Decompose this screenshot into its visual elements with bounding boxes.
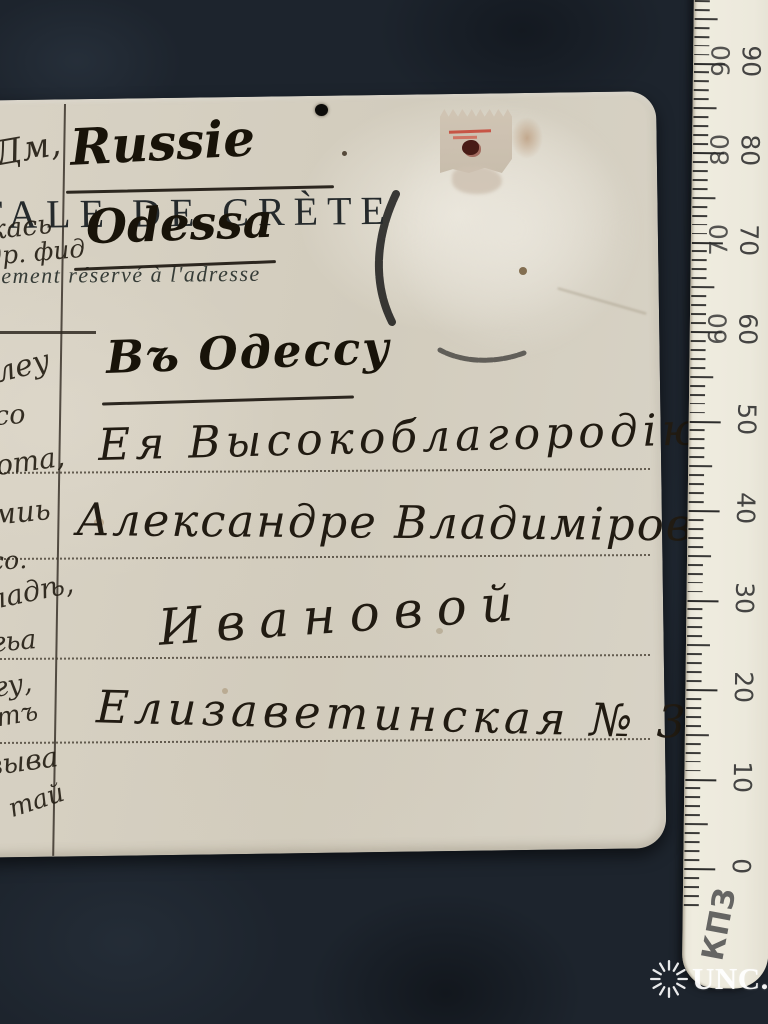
- ruler-tick: [690, 376, 713, 378]
- ruler-tick: [693, 116, 708, 118]
- ruler-tick: [687, 617, 702, 619]
- ruler-tick: [692, 197, 715, 199]
- ruler-tick: [687, 653, 702, 655]
- handwriting-fragment: гьа: [0, 626, 38, 657]
- handwriting-fragment: ладѣ,: [0, 569, 76, 614]
- ruler-number: 70: [736, 224, 761, 256]
- ruler-tick: [688, 537, 703, 539]
- ruler-tick: [689, 492, 704, 494]
- ruler-tick: [689, 483, 704, 485]
- ruler-tick: [693, 125, 708, 127]
- ruler-number: 80: [737, 134, 762, 166]
- ruler-number: 90: [738, 45, 763, 77]
- stamp-ink-blob: [462, 140, 479, 155]
- ruler-tick: [685, 814, 700, 816]
- ruler-tick: [685, 841, 700, 843]
- ruler-tick: [684, 904, 699, 906]
- ruler-number-mirrored: 90: [708, 44, 733, 76]
- ruler-tick: [689, 465, 712, 467]
- ruler-tick: [688, 555, 711, 557]
- ruler-number: 0: [729, 850, 754, 882]
- ruler-tick: [685, 796, 700, 798]
- ruler-tick: [690, 412, 705, 414]
- ruler-tick: [689, 474, 704, 476]
- speck: [342, 151, 347, 156]
- handwriting-fragment: миь: [0, 495, 52, 530]
- ruler-tick: [690, 429, 705, 431]
- handwritten-city: Odessa: [85, 198, 274, 252]
- photo-frame: TALE DE CRÈTE vement réservé à l'adresse…: [0, 0, 768, 1024]
- ruler-tick: [687, 644, 710, 646]
- handwriting-fragment: юта,: [0, 443, 66, 481]
- address-dotted-line: [0, 654, 650, 660]
- ruler-tick: [689, 438, 704, 440]
- ruler-tick: [693, 188, 708, 190]
- ruler-tick: [692, 268, 707, 270]
- handwritten-address-line: Въ Одессу: [105, 325, 392, 380]
- ruler-tick: [689, 447, 704, 449]
- ruler-tick: [688, 528, 703, 530]
- ruler-tick: [690, 403, 705, 405]
- ruler-number: 50: [734, 403, 759, 435]
- handwritten-address-line: Ивановой: [157, 577, 529, 653]
- ruler-tick: [692, 206, 707, 208]
- handwritten-address-line: Ея Высокоблагородію: [98, 408, 706, 468]
- handwriting-fragment: со.: [0, 547, 28, 574]
- ruler-tick: [693, 179, 708, 181]
- ruler-handwritten-mark: КПЗ: [695, 884, 743, 963]
- handwriting-fragment: со: [0, 401, 26, 430]
- handwriting-fragment: выва: [0, 743, 60, 781]
- ruler-tick: [690, 394, 705, 396]
- ruler-tick: [686, 725, 701, 727]
- ruler-tick: [690, 367, 705, 369]
- ruler-tick: [690, 385, 705, 387]
- ruler-number-mirrored: 60: [705, 313, 730, 345]
- ruler-tick: [686, 689, 717, 692]
- ruler-tick: [686, 761, 701, 763]
- handwritten-address-line: Александре Владиміровне: [76, 497, 755, 548]
- address-dotted-line: [0, 468, 650, 474]
- handwriting-fragment: Дм,: [0, 126, 63, 171]
- handwriting-fragment: тай: [5, 780, 67, 822]
- ruler-number: 20: [731, 671, 756, 703]
- ruler-tick: [689, 456, 704, 458]
- ruler-tick: [695, 0, 710, 2]
- ruler-tick: [684, 850, 699, 852]
- ruler-tick: [688, 591, 703, 593]
- handwritten-address-line: Елизаветинская № 3: [96, 684, 691, 745]
- ruler-tick: [685, 805, 700, 807]
- handwriting-fragment: тъ: [0, 699, 40, 732]
- sunburst-icon: [648, 958, 690, 1000]
- ruler-tick: [688, 546, 703, 548]
- ruler-tick: [694, 89, 709, 91]
- ruler-tick: [687, 680, 702, 682]
- ruler-tick: [686, 743, 701, 745]
- address-dotted-line: [0, 554, 650, 560]
- ruler-number: 10: [730, 760, 755, 792]
- ruler-tick: [686, 698, 701, 700]
- ruler-tick: [691, 349, 706, 351]
- ruler-tick: [686, 707, 701, 709]
- ruler-tick: [692, 259, 707, 261]
- ruler-tick: [688, 599, 719, 602]
- ruler-tick: [689, 501, 704, 503]
- pinhole-dot: [315, 104, 328, 116]
- ruler-number: 30: [732, 582, 757, 614]
- ruler-tick: [686, 716, 701, 718]
- ruler-tick: [689, 510, 720, 513]
- ruler-tick: [687, 608, 702, 610]
- ruler-tick: [694, 80, 709, 82]
- ruler-number-mirrored: 70: [706, 223, 731, 255]
- postcard-content-layer: TALE DE CRÈTE vement réservé à l'adresse…: [0, 0, 768, 1024]
- ruler-tick: [686, 752, 701, 754]
- ruler-tick: [690, 358, 705, 360]
- ruler-tick: [687, 671, 702, 673]
- ruler-tick: [688, 519, 703, 521]
- ruler-tick: [693, 170, 708, 172]
- ruler-tick: [691, 295, 706, 297]
- ruler-tick: [686, 734, 709, 736]
- ruler-tick: [684, 859, 699, 861]
- ruler-tick: [691, 277, 706, 279]
- ruler-tick: [694, 36, 709, 38]
- ruler-tick: [694, 107, 717, 109]
- ruler-tick: [685, 778, 716, 781]
- ruler-tick: [684, 877, 699, 879]
- ruler-tick: [685, 823, 708, 825]
- ruler-tick: [685, 832, 700, 834]
- handwritten-underline: [102, 395, 354, 405]
- ruler-tick: [695, 18, 718, 20]
- ruler-number-mirrored: 80: [707, 134, 732, 166]
- ruler-number: 60: [735, 313, 760, 345]
- handwritten-country: Russie: [69, 113, 256, 173]
- ruler-tick: [687, 662, 702, 664]
- printed-line: [0, 331, 96, 334]
- ruler-tick: [687, 626, 702, 628]
- ruler-tick: [684, 868, 715, 871]
- stamp-red-mark: [453, 136, 478, 139]
- ruler-tick: [684, 886, 699, 888]
- ruler-tick: [694, 98, 709, 100]
- handwriting-fragment: леу: [0, 346, 53, 388]
- stamp-red-mark: [449, 129, 491, 133]
- stamp-remnant: [440, 109, 512, 173]
- ruler-tick: [692, 215, 707, 217]
- ruler-tick: [695, 9, 710, 11]
- ruler: КПЗ 010203040506060707080809090: [682, 0, 768, 989]
- ruler-tick: [695, 27, 710, 29]
- watermark-text: UNC.UA: [692, 961, 768, 997]
- stain: [511, 117, 543, 159]
- ruler-tick: [685, 787, 700, 789]
- ruler-tick: [687, 635, 702, 637]
- ruler-tick: [688, 564, 703, 566]
- ruler-tick: [691, 304, 706, 306]
- ruler-tick: [690, 420, 721, 423]
- ruler-tick: [688, 573, 703, 575]
- ruler-number: 40: [733, 492, 758, 524]
- ruler-tick: [688, 582, 703, 584]
- ruler-tick: [685, 770, 700, 772]
- watermark: UNC.UA: [648, 958, 768, 1000]
- ruler-tick: [691, 286, 714, 288]
- ruler-tick: [684, 895, 699, 897]
